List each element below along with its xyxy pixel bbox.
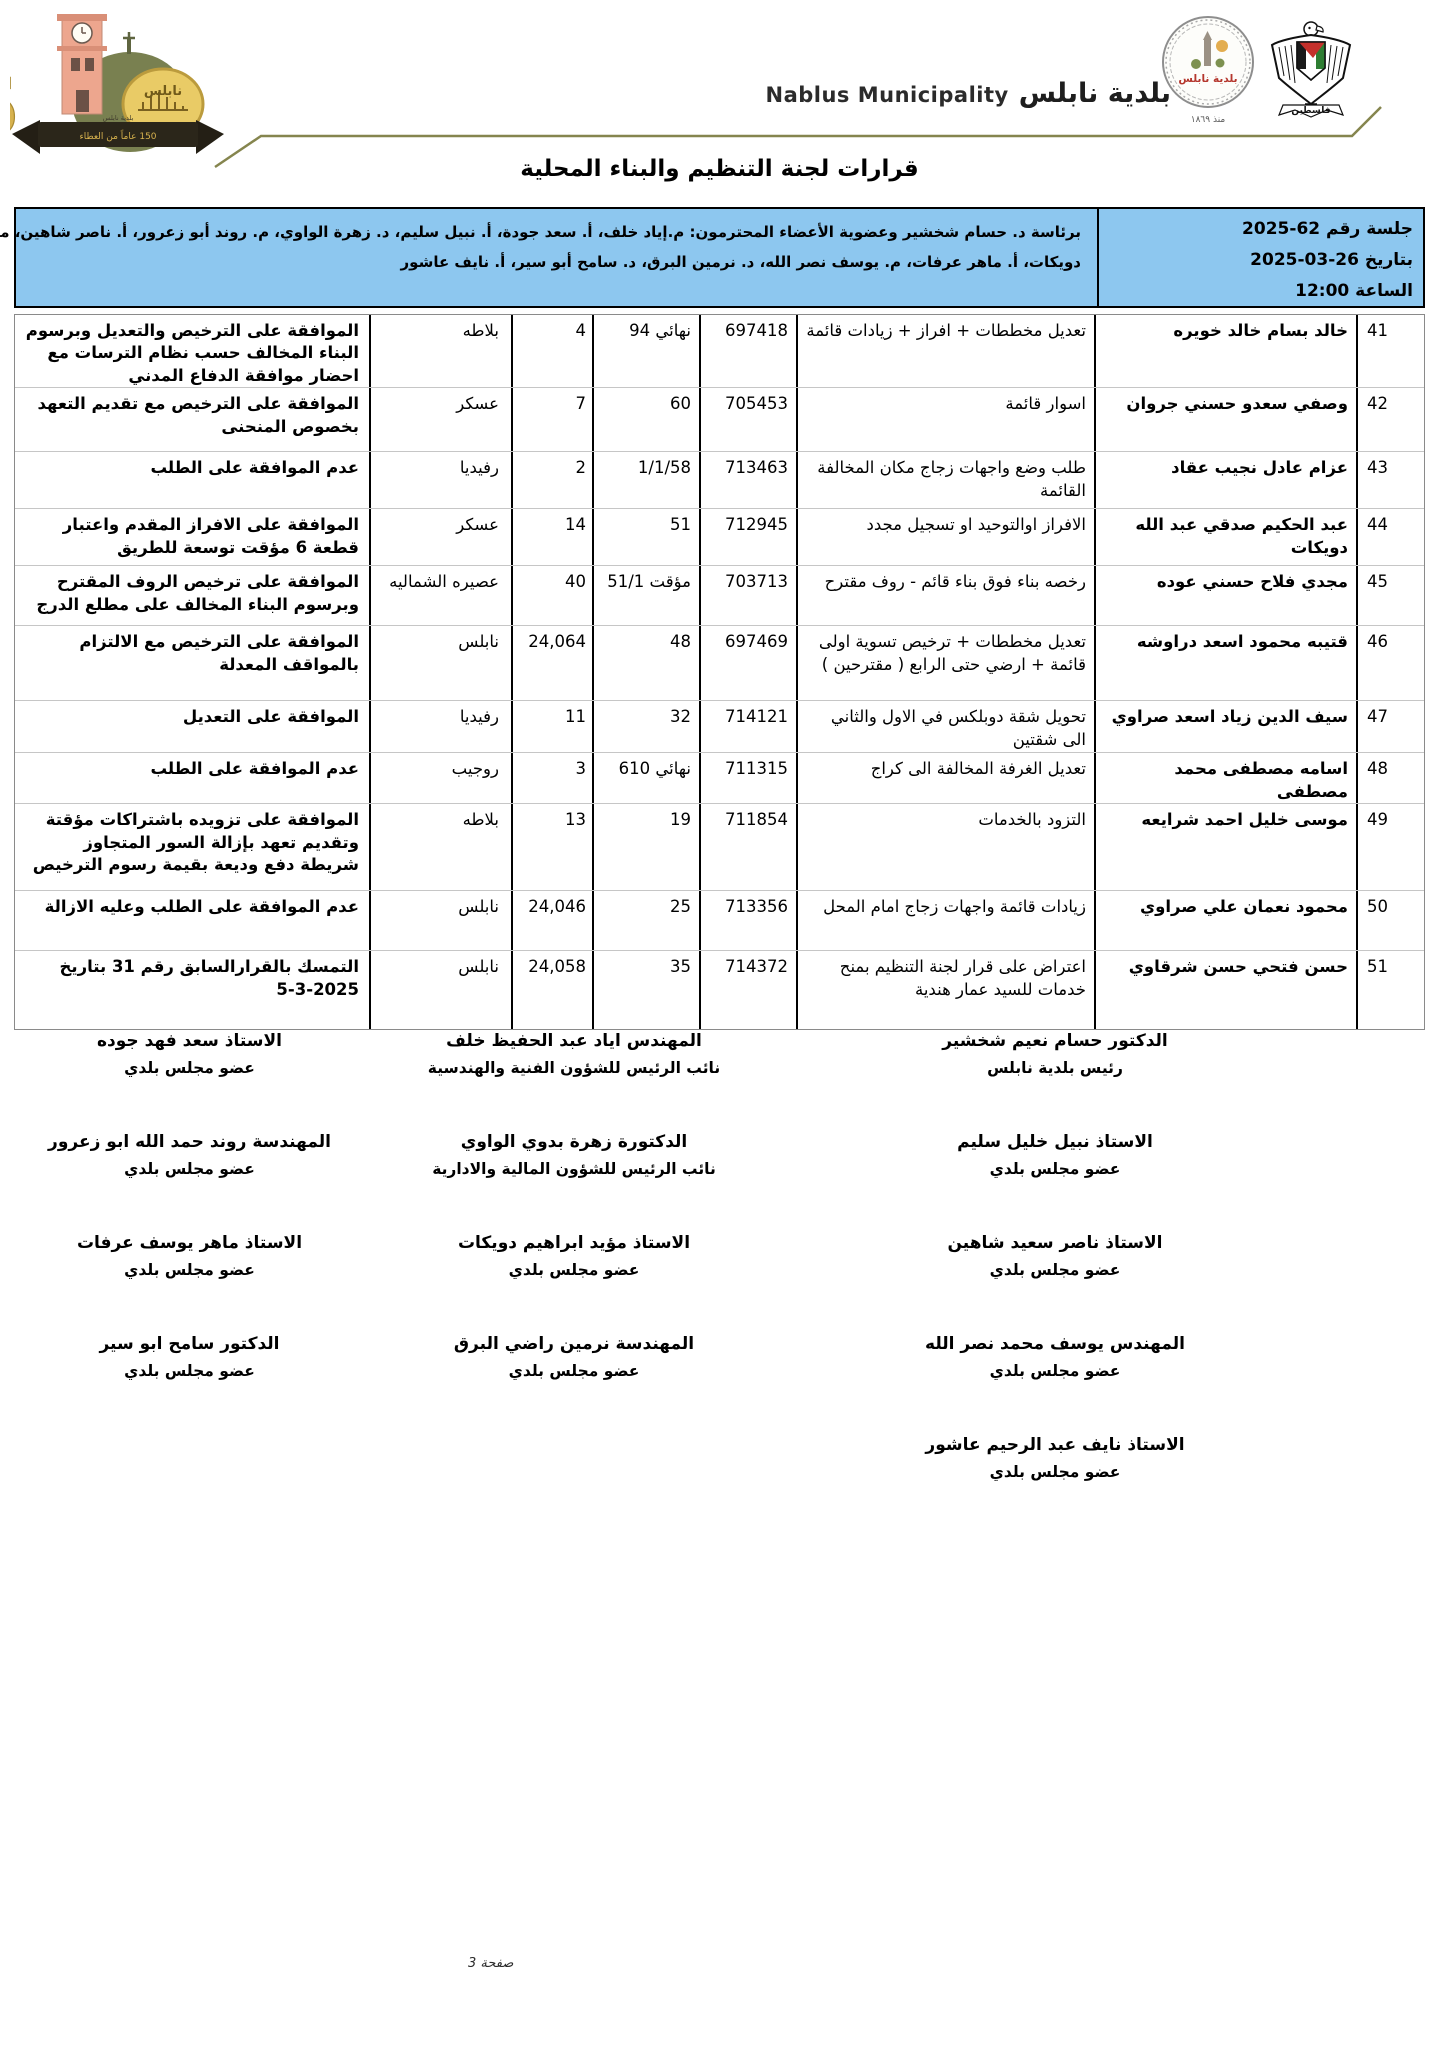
signatory-role: عضو مجلس بلدي [840,1463,1270,1481]
signatory-role: عضو مجلس بلدي [32,1261,347,1279]
signatory-role: رئيس بلدية نابلس [840,1059,1270,1077]
parcel-cell: 40 [511,566,592,625]
signatory-name: المهندسة روند حمد الله ابو زعرور [32,1131,347,1153]
row-number-cell: 44 [1356,509,1424,565]
signatory-name: الاستاذ ماهر يوسف عرفات [32,1232,347,1254]
signatory-role: عضو مجلس بلدي [374,1362,774,1380]
request-cell: اعتراض على قرار لجنة التنظيم بمنح خدمات … [796,951,1094,1029]
request-number-cell: 714372 [699,951,796,1029]
block-cell: 610 نهائي [592,753,699,803]
decision-cell: الموافقة على الترخيص مع الالتزام بالمواق… [13,626,369,700]
logo150-small-label: بلدية نابلس [103,114,134,122]
signatory-role: عضو مجلس بلدي [840,1160,1270,1178]
decision-cell: عدم الموافقة على الطلب [13,753,369,803]
attendees-line1: برئاسة د. حسام شخشير وعضوية الأعضاء المح… [0,217,1081,247]
session-date: بتاريخ 26-03-2025 [1105,245,1413,276]
decision-cell: الموافقة على التعديل [13,701,369,752]
municipal-seal-icon: بلدية نابلس [1160,14,1256,110]
signature-block: المهندسة نرمين راضي البرق عضو مجلس بلدي [374,1333,774,1434]
session-meta-cell: جلسة رقم 62-2025 بتاريخ 26-03-2025 الساع… [1097,209,1423,306]
applicant-name-cell: عبد الحكيم صدقي عبد الله دويكات [1094,509,1356,565]
request-number-cell: 712945 [699,509,796,565]
parcel-cell: 4 [511,315,592,387]
block-cell: 51/1 مؤقت [592,566,699,625]
applicant-name-cell: اسامه مصطفى محمد مصطفى [1094,753,1356,803]
request-cell: تحويل شقة دوبلكس في الاول والثاني الى شق… [796,701,1094,752]
request-number-cell: 705453 [699,388,796,451]
block-cell: 94 نهائي [592,315,699,387]
table-row: 48 اسامه مصطفى محمد مصطفى تعديل الغرفة ا… [15,753,1424,804]
row-number-cell: 41 [1356,315,1424,387]
signatory-role: عضو مجلس بلدي [32,1362,347,1380]
request-number-cell: 714121 [699,701,796,752]
signatory-name: الاستاذ مؤيد ابراهيم دويكات [374,1232,774,1254]
applicant-name-cell: موسى خليل احمد شرايعه [1094,804,1356,890]
applicant-name-cell: محمود نعمان علي صراوي [1094,891,1356,950]
signatory-name: المهندس يوسف محمد نصر الله [840,1333,1270,1355]
block-cell: 19 [592,804,699,890]
session-number: جلسة رقم 62-2025 [1105,214,1413,245]
request-number-cell: 713356 [699,891,796,950]
table-row: 42 وصفي سعدو حسني جروان اسوار قائمة 7054… [15,388,1424,452]
signature-block: المهندس اياد عبد الحفيظ خلف نائب الرئيس … [374,1030,774,1131]
decisions-table: 41 خالد بسام خالد خويره تعديل مخططات + ا… [14,314,1425,1030]
location-cell: روجيب [369,753,511,803]
signatory-name: الدكتور حسام نعيم شخشير [840,1030,1270,1052]
signatory-name: الدكتور سامح ابو سير [32,1333,347,1355]
signature-block: الدكتورة زهرة بدوي الواوي نائب الرئيس لل… [374,1131,774,1232]
table-row: 47 سيف الدين زياد اسعد صراوي تحويل شقة د… [15,701,1424,753]
location-cell: عسكر [369,509,511,565]
logo150-medallion-text: نابلس [144,84,182,99]
parcel-cell: 24,064 [511,626,592,700]
row-number-cell: 51 [1356,951,1424,1029]
decision-cell: التمسك بالقرارالسابق رقم 31 بتاريخ 2025-… [13,951,369,1029]
parcel-cell: 14 [511,509,592,565]
applicant-name-cell: خالد بسام خالد خويره [1094,315,1356,387]
parcel-cell: 2 [511,452,592,508]
table-row: 50 محمود نعمان علي صراوي زيادات قائمة وا… [15,891,1424,951]
applicant-name-cell: عزام عادل نجيب عقاد [1094,452,1356,508]
session-attendees-cell: برئاسة د. حسام شخشير وعضوية الأعضاء المح… [0,209,1097,306]
table-row: 49 موسى خليل احمد شرايعه التزود بالخدمات… [15,804,1424,891]
location-cell: رفيديا [369,701,511,752]
request-number-cell: 703713 [699,566,796,625]
location-cell: عصيره الشماليه [369,566,511,625]
request-cell: التزود بالخدمات [796,804,1094,890]
request-number-cell: 711315 [699,753,796,803]
row-number-cell: 42 [1356,388,1424,451]
document-page: 15 نابلس بلدية نابلس 150 عاماً من العطاء… [0,0,1439,2048]
table-row: 44 عبد الحكيم صدقي عبد الله دويكات الافر… [15,509,1424,566]
block-cell: 1/1/58 [592,452,699,508]
signature-block: الدكتور سامح ابو سير عضو مجلس بلدي [32,1333,347,1434]
row-number-cell: 47 [1356,701,1424,752]
document-title: قرارات لجنة التنظيم والبناء المحلية [0,156,1439,182]
attendees-line2: دويكات، أ. ماهر عرفات، م. يوسف نصر الله،… [0,247,1081,277]
decision-cell: الموافقة على الترخيص والتعديل وبرسوم الب… [13,315,369,387]
applicant-name-cell: وصفي سعدو حسني جروان [1094,388,1356,451]
location-cell: نابلس [369,951,511,1029]
block-cell: 25 [592,891,699,950]
block-cell: 51 [592,509,699,565]
decision-cell: عدم الموافقة على الطلب [13,452,369,508]
signatory-role: عضو مجلس بلدي [374,1261,774,1279]
row-number-cell: 45 [1356,566,1424,625]
signatory-name: الدكتورة زهرة بدوي الواوي [374,1131,774,1153]
row-number-cell: 48 [1356,753,1424,803]
location-cell: بلاطه [369,804,511,890]
request-cell: تعديل مخططات + افراز + زيادات قائمة [796,315,1094,387]
request-cell: تعديل مخططات + ترخيص تسوية اولى قائمة + … [796,626,1094,700]
signature-block: الاستاذ سعد فهد جوده عضو مجلس بلدي [32,1030,347,1131]
location-cell: نابلس [369,891,511,950]
parcel-cell: 3 [511,753,592,803]
decision-cell: عدم الموافقة على الطلب وعليه الازالة [13,891,369,950]
signatory-name: الاستاذ نايف عبد الرحيم عاشور [840,1434,1270,1456]
signature-block: المهندس يوسف محمد نصر الله عضو مجلس بلدي [840,1333,1270,1434]
signature-block: الاستاذ مؤيد ابراهيم دويكات عضو مجلس بلد… [374,1232,774,1333]
request-cell: اسوار قائمة [796,388,1094,451]
applicant-name-cell: سيف الدين زياد اسعد صراوي [1094,701,1356,752]
signatory-name: المهندسة نرمين راضي البرق [374,1333,774,1355]
block-cell: 35 [592,951,699,1029]
request-number-cell: 711854 [699,804,796,890]
signature-column-left: الاستاذ سعد فهد جوده عضو مجلس بلدي المهن… [32,1030,347,1434]
session-info-box: جلسة رقم 62-2025 بتاريخ 26-03-2025 الساع… [14,207,1425,308]
applicant-name-cell: مجدي فلاح حسني عوده [1094,566,1356,625]
request-cell: تعديل الغرفة المخالفة الى كراج [796,753,1094,803]
table-row: 46 قتيبه محمود اسعد دراوشه تعديل مخططات … [15,626,1424,701]
decision-cell: الموافقة على تزويده باشتراكات مؤقتة وتقد… [13,804,369,890]
applicant-name-cell: قتيبه محمود اسعد دراوشه [1094,626,1356,700]
table-row: 43 عزام عادل نجيب عقاد طلب وضع واجهات زج… [15,452,1424,509]
location-cell: نابلس [369,626,511,700]
block-cell: 48 [592,626,699,700]
signatory-name: الاستاذ ناصر سعيد شاهين [840,1232,1270,1254]
signatory-role: نائب الرئيس للشؤون المالية والادارية [374,1160,774,1178]
request-number-cell: 697469 [699,626,796,700]
signatory-role: عضو مجلس بلدي [840,1362,1270,1380]
request-cell: الافراز اوالتوحيد او تسجيل مجدد [796,509,1094,565]
svg-text:15: 15 [10,62,15,155]
signatory-role: عضو مجلس بلدي [840,1261,1270,1279]
signatures-section: الدكتور حسام نعيم شخشير رئيس بلدية نابلس… [14,1030,1425,1550]
row-number-cell: 49 [1356,804,1424,890]
signature-block: الاستاذ نايف عبد الرحيم عاشور عضو مجلس ب… [840,1434,1270,1535]
session-time: الساعة 12:00 [1105,276,1413,307]
signatory-role: عضو مجلس بلدي [32,1059,347,1077]
signature-block: الاستاذ نبيل خليل سليم عضو مجلس بلدي [840,1131,1270,1232]
signature-block: الاستاذ ناصر سعيد شاهين عضو مجلس بلدي [840,1232,1270,1333]
parcel-cell: 7 [511,388,592,451]
row-number-cell: 43 [1356,452,1424,508]
table-row: 51 حسن فتحي حسن شرقاوي اعتراض على قرار ل… [15,951,1424,1029]
signatory-name: الاستاذ سعد فهد جوده [32,1030,347,1052]
parcel-cell: 11 [511,701,592,752]
request-cell: زيادات قائمة واجهات زجاج امام المحل [796,891,1094,950]
page-number: صفحة 3 [468,1956,513,1971]
signatory-name: الاستاذ نبيل خليل سليم [840,1131,1270,1153]
signatory-name: المهندس اياد عبد الحفيظ خلف [374,1030,774,1052]
decision-cell: الموافقة على الافراز المقدم واعتبار قطعة… [13,509,369,565]
location-cell: عسكر [369,388,511,451]
signature-block: الدكتور حسام نعيم شخشير رئيس بلدية نابلس [840,1030,1270,1131]
row-number-cell: 50 [1356,891,1424,950]
seal-arabic-text: بلدية نابلس [1178,73,1237,85]
block-cell: 32 [592,701,699,752]
table-row: 45 مجدي فلاح حسني عوده رخصه بناء فوق بنا… [15,566,1424,626]
request-number-cell: 713463 [699,452,796,508]
signature-block: الاستاذ ماهر يوسف عرفات عضو مجلس بلدي [32,1232,347,1333]
parcel-cell: 13 [511,804,592,890]
signature-column-center: المهندس اياد عبد الحفيظ خلف نائب الرئيس … [374,1030,774,1434]
request-number-cell: 697418 [699,315,796,387]
parcel-cell: 24,058 [511,951,592,1029]
applicant-name-cell: حسن فتحي حسن شرقاوي [1094,951,1356,1029]
signature-block: المهندسة روند حمد الله ابو زعرور عضو مجل… [32,1131,347,1232]
request-cell: رخصه بناء فوق بناء قائم - روف مقترح [796,566,1094,625]
decision-cell: الموافقة على الترخيص مع تقديم التعهد بخص… [13,388,369,451]
decision-cell: الموافقة على ترخيص الروف المقترح وبرسوم … [13,566,369,625]
table-row: 41 خالد بسام خالد خويره تعديل مخططات + ا… [15,315,1424,388]
parcel-cell: 24,046 [511,891,592,950]
row-number-cell: 46 [1356,626,1424,700]
signatory-role: نائب الرئيس للشؤون الفنية والهندسية [374,1059,774,1077]
request-cell: طلب وضع واجهات زجاج مكان المخالفة القائم… [796,452,1094,508]
block-cell: 60 [592,388,699,451]
signature-column-right: الدكتور حسام نعيم شخشير رئيس بلدية نابلس… [840,1030,1270,1535]
location-cell: بلاطه [369,315,511,387]
location-cell: رفيديا [369,452,511,508]
signatory-role: عضو مجلس بلدي [32,1160,347,1178]
